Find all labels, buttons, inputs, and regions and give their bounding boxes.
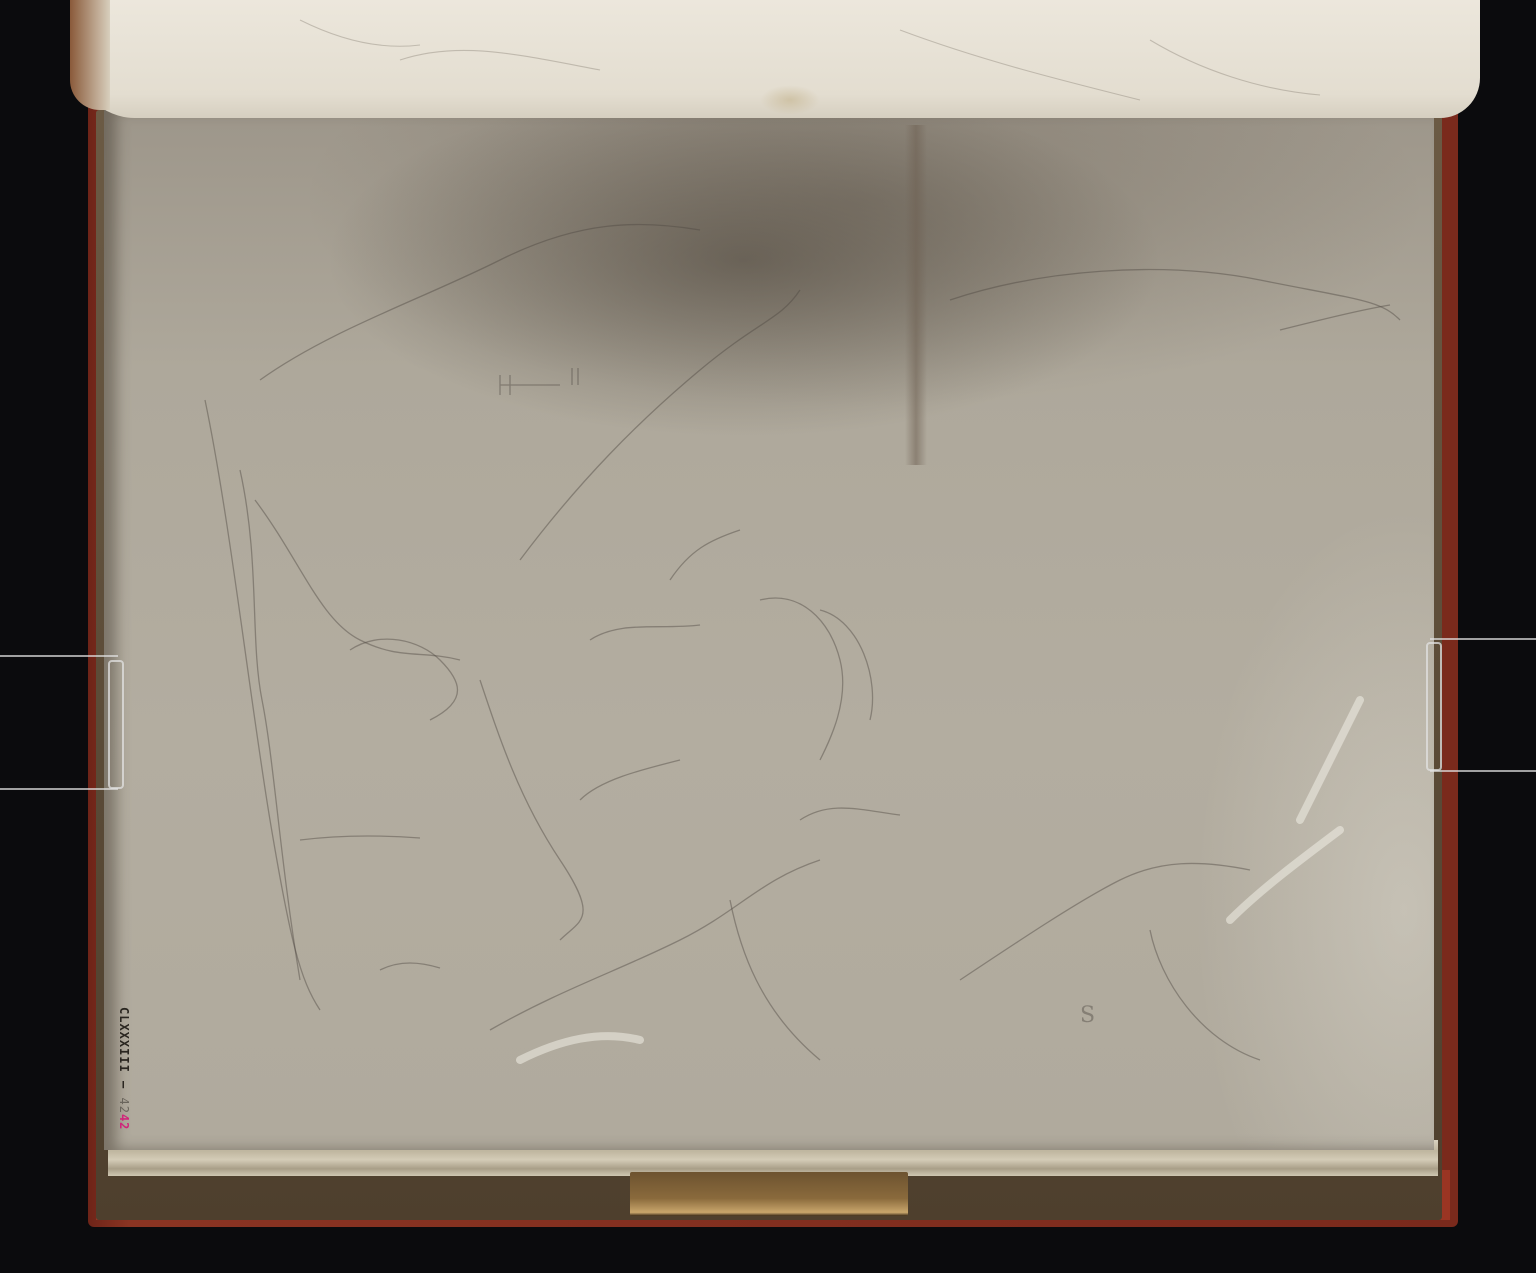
page-clip-right (1426, 642, 1442, 771)
graphite-sketch (0, 0, 1536, 1273)
catalogue-stamp: CLXXXIII — 4242 (112, 1012, 132, 1154)
catalogue-number: CLXXXIII (117, 1007, 131, 1073)
clip-wire-left-top (0, 655, 118, 657)
folio-number: 42 (117, 1114, 131, 1130)
embossed-mark: S (1080, 1003, 1095, 1028)
clip-wire-right-top (1430, 638, 1536, 640)
clip-wire-right-bottom (1430, 770, 1536, 772)
stamp-separator: — (117, 1081, 131, 1089)
page-clip-left (108, 660, 124, 789)
clip-wire-left-bottom (0, 788, 118, 790)
turned-page-sketch (0, 0, 1536, 130)
folio-faint: 42 (117, 1098, 131, 1114)
